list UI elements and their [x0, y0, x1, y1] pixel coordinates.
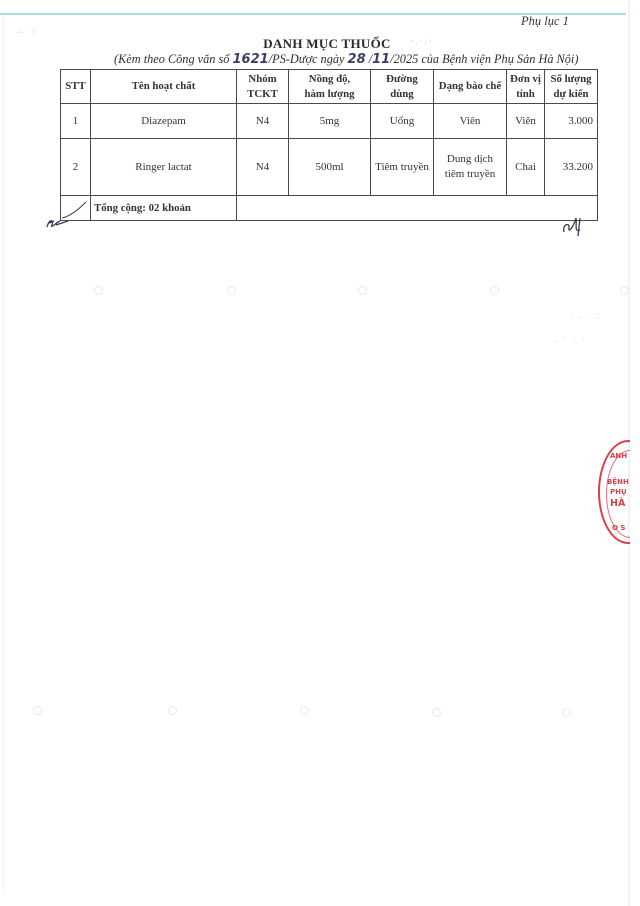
- watermark-mark: [490, 286, 499, 295]
- cell-stt: 2: [61, 139, 91, 196]
- cell-name: Ringer lactat: [91, 139, 237, 196]
- cell-group: N4: [237, 104, 289, 139]
- header-qty-line2: dự kiến: [554, 88, 589, 100]
- watermark-mark: [227, 286, 236, 295]
- table-header-row: STT Tên hoạt chất Nhóm TCKT Nồng độ, hàm…: [61, 70, 598, 104]
- cell-total-blank: [237, 196, 598, 221]
- watermark-mark: [358, 286, 367, 295]
- table-total-row: Tổng cộng: 02 khoản: [61, 196, 598, 221]
- handwritten-initials-left: [44, 213, 70, 231]
- document-subtitle: (Kèm theo Công văn số 1621/PS-Dược ngày …: [114, 52, 578, 67]
- watermark-mark: [94, 286, 103, 295]
- cell-form-line1: Viên: [460, 115, 481, 127]
- header-concentration: Nồng độ, hàm lượng: [289, 70, 371, 104]
- cell-concentration: 500ml: [289, 139, 371, 196]
- header-unit-line2: tính: [516, 88, 535, 100]
- handwritten-doc-number: 1621: [233, 52, 269, 67]
- subtitle-prefix: (Kèm theo Công văn số: [114, 52, 233, 66]
- page-edge-left: [3, 15, 4, 895]
- watermark-mark: [562, 708, 571, 717]
- document-title: DANH MỤC THUỐC: [0, 36, 640, 52]
- watermark-mark: [300, 706, 309, 715]
- cell-quantity: 33.200: [545, 139, 598, 196]
- cell-unit: Chai: [507, 139, 545, 196]
- header-stt: STT: [61, 70, 91, 104]
- table-row: 1 Diazepam N4 5mg Uống Viên Viên 3.000: [61, 104, 598, 139]
- watermark-mark: [432, 708, 441, 717]
- table-row: 2 Ringer lactat N4 500ml Tiêm truyền Dun…: [61, 139, 598, 196]
- cell-route: Tiêm truyền: [371, 139, 434, 196]
- watermark-mark: [33, 706, 42, 715]
- subtitle-suffix: /2025 của Bệnh viện Phụ Sản Hà Nội): [390, 52, 578, 66]
- stamp-text-line3: HÀ: [610, 498, 625, 509]
- stamp-text-line1: BỆNH: [607, 478, 629, 486]
- cell-unit: Viên: [507, 104, 545, 139]
- appendix-label: Phụ lục 1: [521, 14, 569, 29]
- cell-route: Uống: [371, 104, 434, 139]
- cell-form-line1: Dung dịch: [447, 153, 493, 165]
- header-conc-line2: hàm lượng: [305, 88, 355, 100]
- watermark-mark: [168, 706, 177, 715]
- cell-stt: 1: [61, 104, 91, 139]
- total-label: Tổng cộng: 02 khoản: [91, 196, 237, 221]
- header-unit-line1: Đơn vị: [510, 73, 541, 85]
- watermark-mark: [620, 286, 629, 295]
- handwritten-day: 28: [348, 52, 366, 67]
- header-group: Nhóm TCKT: [237, 70, 289, 104]
- scan-noise: . · · ·: [555, 334, 587, 344]
- cell-name: Diazepam: [91, 104, 237, 139]
- handwritten-month: 11: [372, 52, 390, 67]
- header-group-line1: Nhóm: [248, 73, 276, 85]
- header-conc-line1: Nồng độ,: [309, 73, 350, 85]
- header-qty-line1: Số lượng: [551, 73, 592, 85]
- stamp-ring: ÀNH BỆNH PHỤ HÀ O S: [598, 440, 630, 544]
- cell-form-line2: tiêm truyền: [445, 168, 495, 180]
- subtitle-middle: /PS-Dược ngày: [269, 52, 348, 66]
- cell-form: Viên: [434, 104, 507, 139]
- stamp-text-top: ÀNH: [610, 452, 627, 460]
- scan-noise: · . · :: [570, 310, 602, 320]
- header-unit: Đơn vị tính: [507, 70, 545, 104]
- cell-concentration: 5mg: [289, 104, 371, 139]
- header-route: Đường dùng: [371, 70, 434, 104]
- stamp-text-bottom: O S: [612, 524, 625, 532]
- drug-list-table: STT Tên hoạt chất Nhóm TCKT Nồng độ, hàm…: [60, 69, 598, 221]
- handwritten-initials-right: [560, 214, 588, 238]
- header-group-line2: TCKT: [247, 88, 278, 100]
- header-active-ingredient: Tên hoạt chất: [91, 70, 237, 104]
- hospital-stamp: ÀNH BỆNH PHỤ HÀ O S: [598, 436, 630, 548]
- header-quantity: Số lượng dự kiến: [545, 70, 598, 104]
- header-dosage-form: Dạng bào chế: [434, 70, 507, 104]
- cell-quantity: 3.000: [545, 104, 598, 139]
- cell-form: Dung dịch tiêm truyền: [434, 139, 507, 196]
- cell-group: N4: [237, 139, 289, 196]
- stamp-text-line2: PHỤ: [610, 488, 627, 496]
